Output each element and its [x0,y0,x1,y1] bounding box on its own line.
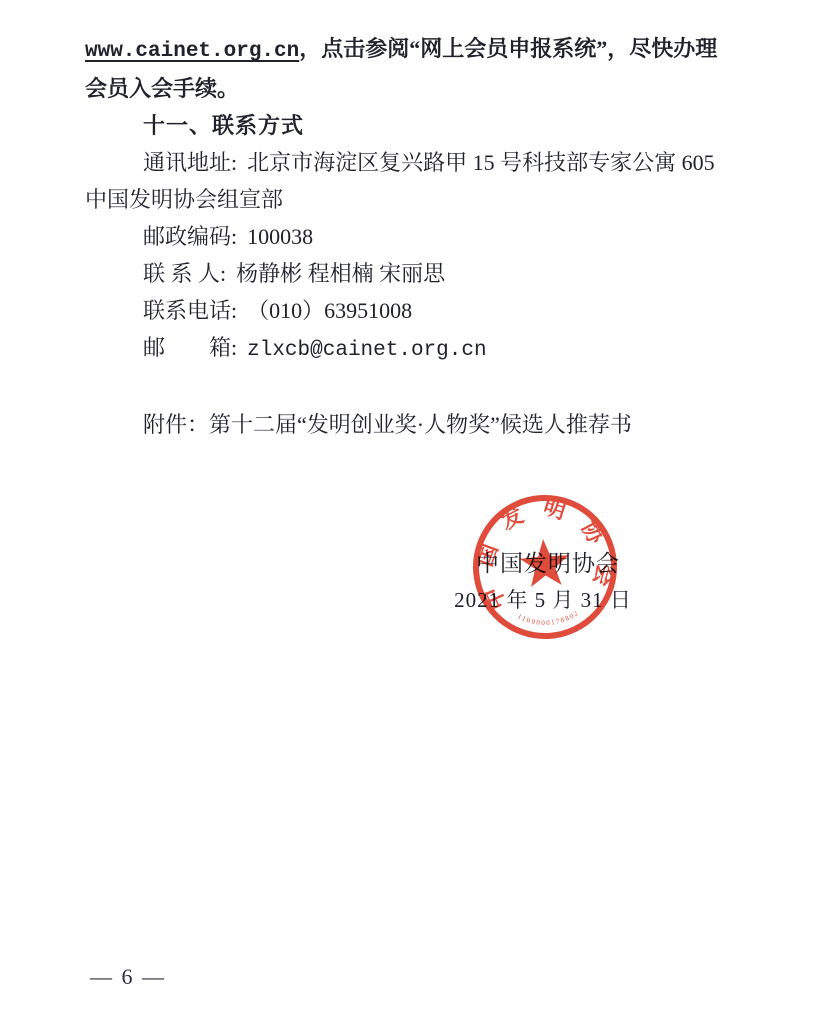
contact-email-line: 邮 箱:zlxcb@cainet.org.cn [85,329,747,369]
url-link[interactable]: www.cainet.org.cn [85,40,299,63]
paragraph-text: ，点击参阅“网上会员申报系统”，尽快办理 [299,36,717,61]
attachment-line: 附件：第十二届“发明创业奖·人物奖”候选人推荐书 [85,406,747,443]
contact-person-value: 杨静彬 程相楠 宋丽思 [236,261,445,286]
contact-address-label: 通讯地址: [143,150,237,175]
contact-postal-label: 邮政编码: [143,224,237,249]
contact-address-line2: 中国发明协会组宣部 [85,181,747,218]
contact-address-value: 北京市海淀区复兴路甲 15 号科技部专家公寓 605 [247,150,715,175]
contact-person-label: 联 系 人: [143,261,226,286]
section-heading: 十一、联系方式 [85,107,747,144]
contact-email-value: zlxcb@cainet.org.cn [247,339,486,362]
contact-person-line: 联 系 人:杨静彬 程相楠 宋丽思 [85,255,747,292]
document-page: www.cainet.org.cn，点击参阅“网上会员申报系统”，尽快办理 会员… [0,0,820,1036]
contact-phone-line: 联系电话:（010）63951008 [85,292,747,329]
contact-postal-line: 邮政编码:100038 [85,218,747,255]
contact-phone-value: （010）63951008 [247,298,412,323]
blank-line [85,369,747,406]
contact-phone-label: 联系电话: [143,298,237,323]
contact-postal-value: 100038 [247,224,313,249]
page-number: — 6 — [90,964,166,990]
paragraph-continuation-line2: 会员入会手续。 [85,70,747,107]
seal-star-icon [518,537,571,587]
paragraph-continuation-line1: www.cainet.org.cn，点击参阅“网上会员申报系统”，尽快办理 [85,30,747,70]
contact-address-line: 通讯地址:北京市海淀区复兴路甲 15 号科技部专家公寓 605 [85,144,747,181]
contact-email-label: 邮 箱: [143,335,237,360]
official-seal: 中国发明协会 1100000178802 [465,487,625,647]
document-body: www.cainet.org.cn，点击参阅“网上会员申报系统”，尽快办理 会员… [85,30,747,443]
seal-serial-number: 1100000178802 [516,608,582,629]
